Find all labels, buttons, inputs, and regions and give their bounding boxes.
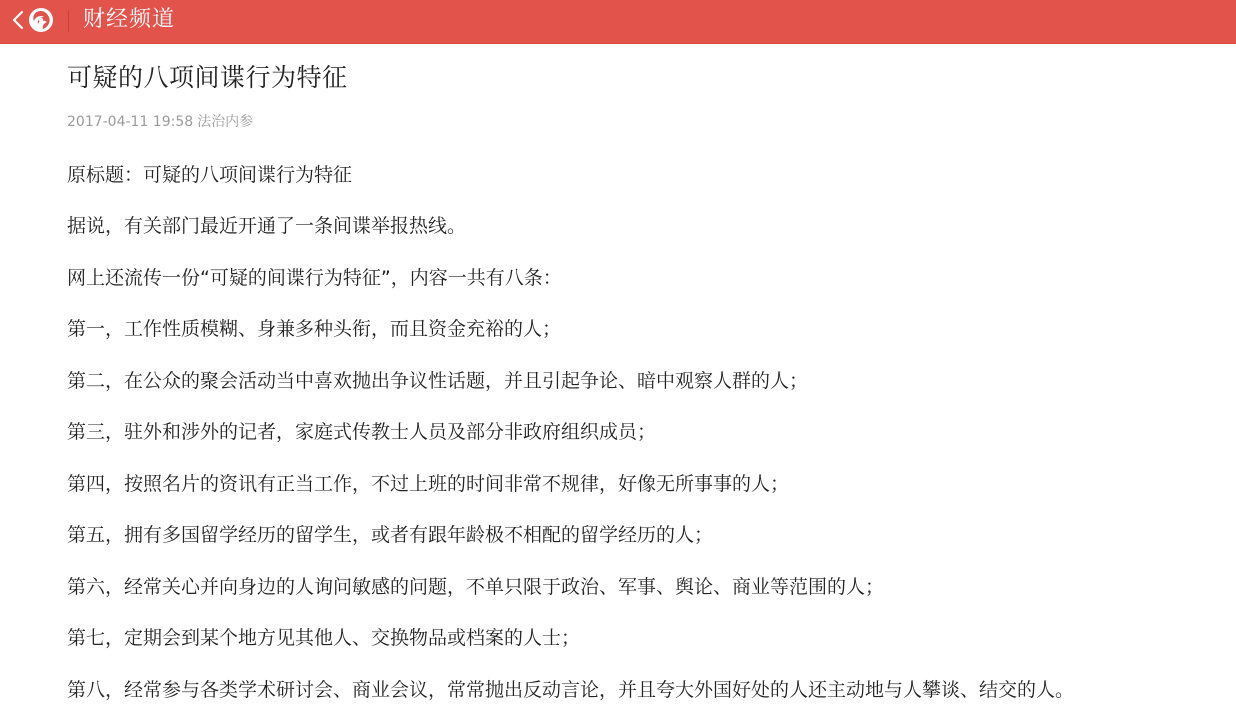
chevron-left-icon — [11, 9, 25, 31]
top-nav-bar: 财经频道 — [0, 0, 1236, 44]
paragraph: 第一，工作性质模糊、身兼多种头衔，而且资金充裕的人； — [67, 316, 561, 342]
paragraph: 第六，经常关心并向身边的人询问敏感的问题，不单只限于政治、军事、舆论、商业等范围… — [67, 574, 884, 600]
paragraph: 原标题：可疑的八项间谍行为特征 — [67, 162, 352, 188]
paragraph: 第二，在公众的聚会活动当中喜欢抛出争议性话题，并且引起争论、暗中观察人群的人； — [67, 368, 808, 394]
phoenix-logo-icon[interactable] — [28, 7, 54, 33]
publish-date: 2017-04-11 19:58 — [67, 112, 193, 132]
paragraph: 第七，定期会到某个地方见其他人、交换物品或档案的人士； — [67, 625, 580, 651]
paragraph: 第八，经常参与各类学术研讨会、商业会议，常常抛出反动言论，并且夸大外国好处的人还… — [67, 677, 1074, 703]
paragraph: 第四，按照名片的资讯有正当工作，不过上班的时间非常不规律，好像无所事事的人； — [67, 471, 789, 497]
paragraph: 第五，拥有多国留学经历的留学生，或者有跟年龄极不相配的留学经历的人； — [67, 522, 713, 548]
article-title: 可疑的八项间谍行为特征 — [67, 60, 1227, 96]
article-header: 可疑的八项间谍行为特征 2017-04-11 19:58 法治内参 — [67, 60, 1227, 132]
channel-title: 财经频道 — [83, 5, 175, 35]
paragraph: 据说，有关部门最近开通了一条间谍举报热线。 — [67, 213, 466, 239]
paragraph: 网上还流传一份“可疑的间谍行为特征”，内容一共有八条： — [67, 265, 562, 291]
paragraph: 第三，驻外和涉外的记者，家庭式传教士人员及部分非政府组织成员； — [67, 419, 656, 445]
article-meta: 2017-04-11 19:58 法治内参 — [67, 112, 1227, 132]
article-source: 法治内参 — [197, 112, 253, 132]
header-divider — [68, 10, 69, 32]
back-button[interactable] — [9, 8, 27, 32]
